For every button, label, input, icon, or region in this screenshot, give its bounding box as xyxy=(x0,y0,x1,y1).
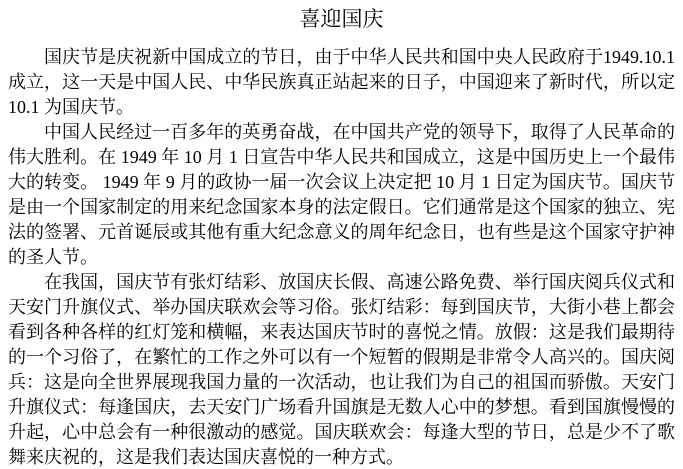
document-title: 喜迎国庆 xyxy=(8,7,675,32)
document-body: 国庆节是庆祝新中国成立的节日，由于中华人民共和国中央人民政府于1949.10.1… xyxy=(8,45,675,469)
paragraph-history: 中国人民经过一百多年的英勇奋战，在中国共产党的领导下，取得了人民革命的伟大胜利。… xyxy=(8,120,675,270)
paragraph-intro: 国庆节是庆祝新中国成立的节日，由于中华人民共和国中央人民政府于1949.10.1… xyxy=(8,45,675,120)
document-page: 喜迎国庆 国庆节是庆祝新中国成立的节日，由于中华人民共和国中央人民政府于1949… xyxy=(0,0,683,469)
paragraph-customs: 在我国，国庆节有张灯结彩、放国庆长假、高速公路免费、举行国庆阅兵仪式和天安门升旗… xyxy=(8,270,675,469)
